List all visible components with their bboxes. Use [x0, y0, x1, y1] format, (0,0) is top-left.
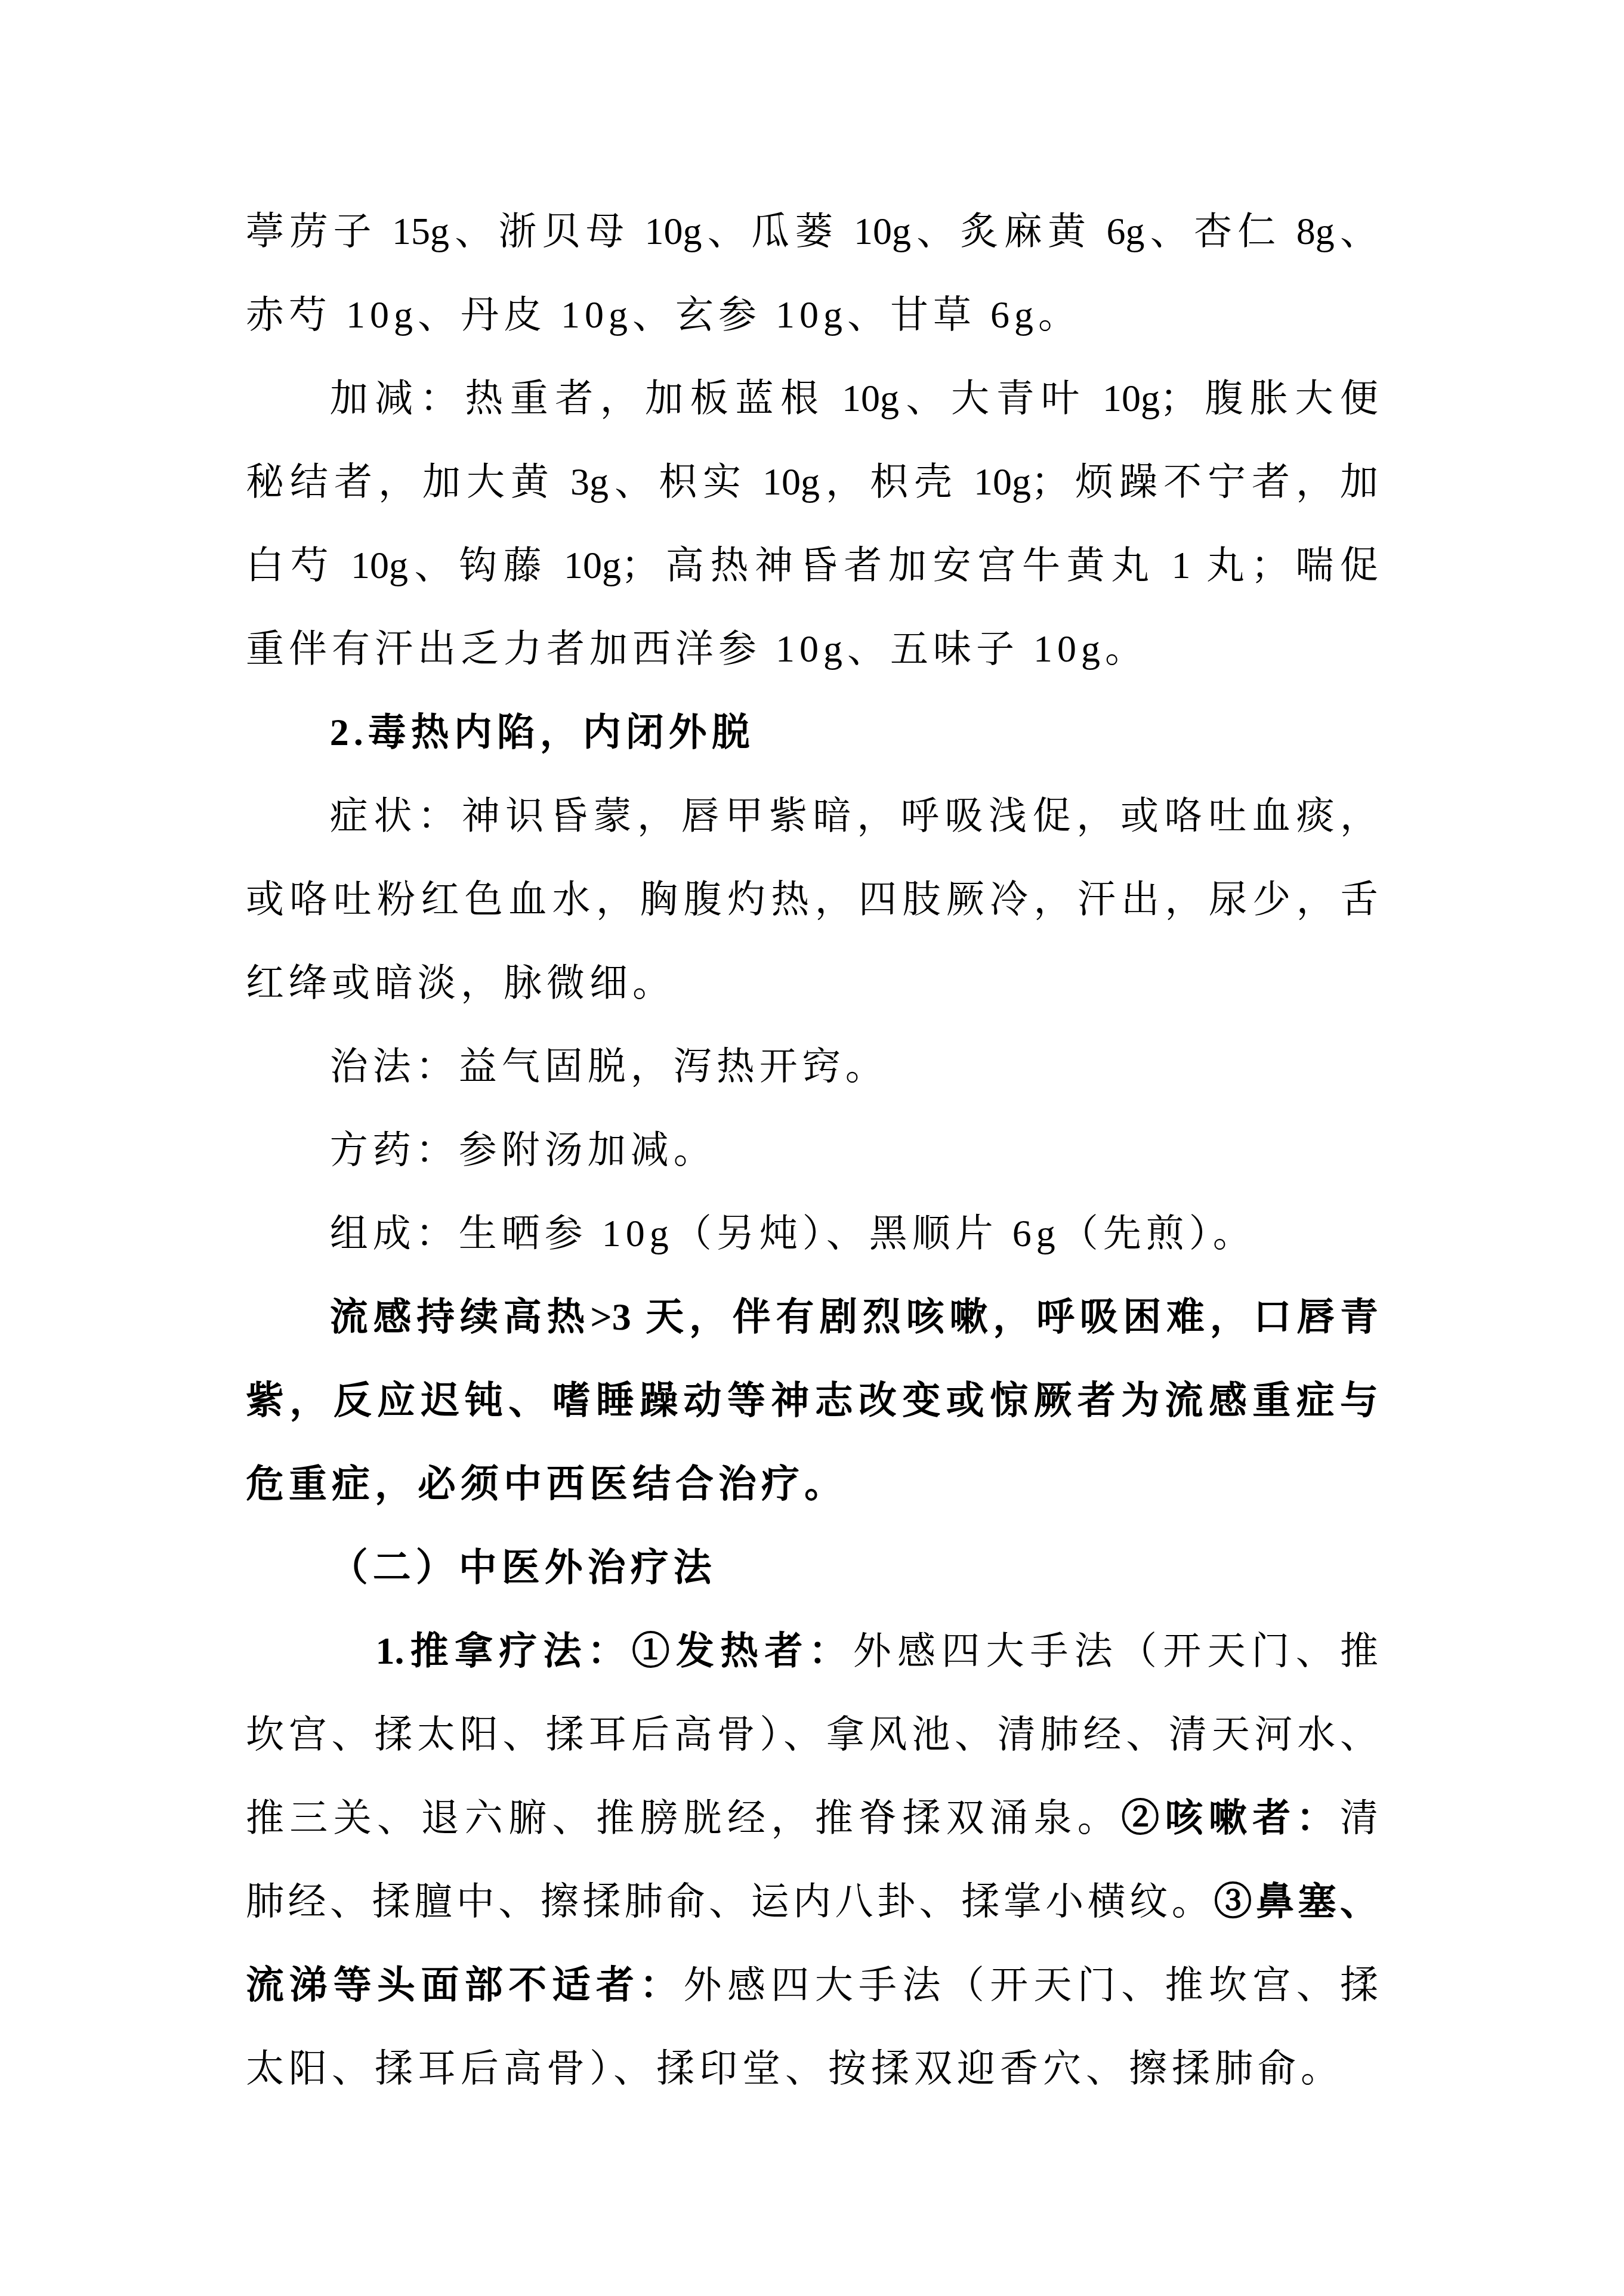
text-run: 外感四大手法（开天门、推	[853, 1630, 1378, 1672]
bold-text-run: （二）中医外治疗法	[330, 1546, 717, 1589]
document-page: 葶苈子 15g、浙贝母 10g、瓜蒌 10g、炙麻黄 6g、杏仁 8g、赤芍 1…	[0, 0, 1624, 2296]
text-run: 推三关、退六腑、推膀胱经，推脊揉双涌泉。	[246, 1797, 1121, 1839]
text-run: 秘结者，加大黄 3g、枳实 10g，枳壳 10g；烦躁不宁者，加	[246, 461, 1378, 503]
paragraph-symptoms-line-1: 症状：神识昏蒙，唇甲紫暗，呼吸浅促，或咯吐血痰，	[246, 774, 1378, 858]
text-run: 清	[1340, 1797, 1378, 1839]
paragraph-treatment-method-line-1: 治法：益气固脱，泻热开窍。	[246, 1025, 1378, 1108]
text-run: 或咯吐粉红色血水，胸腹灼热，四肢厥冷，汗出，尿少，舌	[246, 878, 1378, 920]
bold-text-run: 危重症，必须中西医结合治疗。	[246, 1463, 847, 1505]
bold-text-run: 2.毒热内陷，内闭外脱	[330, 711, 755, 753]
text-run: 外感四大手法（开天门、推坎宫、揉	[684, 1964, 1378, 2006]
bold-text-run: 紫，反应迟钝、嗜睡躁动等神志改变或惊厥者为流感重症与	[246, 1379, 1378, 1422]
document-body: 葶苈子 15g、浙贝母 10g、瓜蒌 10g、炙麻黄 6g、杏仁 8g、赤芍 1…	[246, 190, 1378, 2110]
paragraph-symptoms-line-3: 红绛或暗淡，脉微细。	[246, 941, 1378, 1025]
paragraph-severe-case-warning-line-1: 流感持续高热>3 天，伴有剧烈咳嗽，呼吸困难，口唇青	[246, 1275, 1378, 1359]
paragraph-modifications-line-2: 秘结者，加大黄 3g、枳实 10g，枳壳 10g；烦躁不宁者，加	[246, 440, 1378, 524]
text-run: 方药：参附汤加减。	[330, 1129, 717, 1171]
text-run: 重伴有汗出乏力者加西洋参 10g、五味子 10g。	[246, 628, 1148, 670]
paragraph-severe-case-warning-line-2: 紫，反应迟钝、嗜睡躁动等神志改变或惊厥者为流感重症与	[246, 1359, 1378, 1442]
paragraph-tuina-therapy-line-3: 推三关、退六腑、推膀胱经，推脊揉双涌泉。②咳嗽者：清	[246, 1776, 1378, 1860]
paragraph-modifications-line-1: 加减：热重者，加板蓝根 10g、大青叶 10g；腹胀大便	[246, 357, 1378, 440]
paragraph-tuina-therapy-line-2: 坎宫、揉太阳、揉耳后高骨）、拿风池、清肺经、清天河水、	[246, 1693, 1378, 1776]
text-run: 太阳、揉耳后高骨）、揉印堂、按揉双迎香穴、擦揉肺俞。	[246, 2047, 1344, 2090]
text-run: 葶苈子 15g、浙贝母 10g、瓜蒌 10g、炙麻黄 6g、杏仁 8g、	[246, 210, 1378, 252]
heading-syndrome-2-line-1: 2.毒热内陷，内闭外脱	[246, 691, 1378, 774]
paragraph-herbs-continuation-line-1: 葶苈子 15g、浙贝母 10g、瓜蒌 10g、炙麻黄 6g、杏仁 8g、	[246, 190, 1378, 273]
text-run: 红绛或暗淡，脉微细。	[246, 962, 675, 1004]
text-run: 组成：生晒参 10g（另炖）、黑顺片 6g（先煎）。	[330, 1212, 1256, 1254]
paragraph-tuina-therapy-line-4: 肺经、揉膻中、擦揉肺俞、运内八卦、揉掌小横纹。③鼻塞、	[246, 1860, 1378, 1943]
text-run: 加减：热重者，加板蓝根 10g、大青叶 10g；腹胀大便	[330, 377, 1378, 419]
text-run: 赤芍 10g、丹皮 10g、玄参 10g、甘草 6g。	[246, 293, 1081, 336]
text-run: 坎宫、揉太阳、揉耳后高骨）、拿风池、清肺经、清天河水、	[246, 1713, 1378, 1756]
paragraph-tuina-therapy-line-6: 太阳、揉耳后高骨）、揉印堂、按揉双迎香穴、擦揉肺俞。	[246, 2027, 1378, 2110]
bold-text-run: ③鼻塞、	[1214, 1880, 1378, 1923]
paragraph-symptoms-line-2: 或咯吐粉红色血水，胸腹灼热，四肢厥冷，汗出，尿少，舌	[246, 858, 1378, 941]
paragraph-tuina-therapy-line-5: 流涕等头面部不适者：外感四大手法（开天门、推坎宫、揉	[246, 1943, 1378, 2027]
paragraph-modifications-line-4: 重伴有汗出乏力者加西洋参 10g、五味子 10g。	[246, 607, 1378, 691]
paragraph-severe-case-warning-line-3: 危重症，必须中西医结合治疗。	[246, 1442, 1378, 1526]
heading-external-therapy-line-1: （二）中医外治疗法	[246, 1526, 1378, 1609]
paragraph-composition-line-1: 组成：生晒参 10g（另炖）、黑顺片 6g（先煎）。	[246, 1192, 1378, 1275]
bold-text-run: 流感持续高热>3 天，伴有剧烈咳嗽，呼吸困难，口唇青	[330, 1296, 1378, 1338]
paragraph-formula-line-1: 方药：参附汤加减。	[246, 1108, 1378, 1192]
paragraph-herbs-continuation-line-2: 赤芍 10g、丹皮 10g、玄参 10g、甘草 6g。	[246, 273, 1378, 357]
bold-text-run: 流涕等头面部不适者：	[246, 1964, 684, 2006]
text-run: 白芍 10g、钩藤 10g；高热神昏者加安宫牛黄丸 1 丸；喘促	[246, 544, 1378, 586]
paragraph-tuina-therapy-line-1: 1.推拿疗法：①发热者：外感四大手法（开天门、推	[246, 1609, 1378, 1693]
text-run: 症状：神识昏蒙，唇甲紫暗，呼吸浅促，或咯吐血痰，	[330, 795, 1378, 837]
paragraph-modifications-line-3: 白芍 10g、钩藤 10g；高热神昏者加安宫牛黄丸 1 丸；喘促	[246, 524, 1378, 607]
bold-text-run: ②咳嗽者：	[1121, 1797, 1340, 1839]
text-run: 肺经、揉膻中、擦揉肺俞、运内八卦、揉掌小横纹。	[246, 1880, 1214, 1923]
text-run: 治法：益气固脱，泻热开窍。	[330, 1045, 888, 1087]
bold-text-run: 1.推拿疗法：①发热者：	[376, 1630, 853, 1672]
